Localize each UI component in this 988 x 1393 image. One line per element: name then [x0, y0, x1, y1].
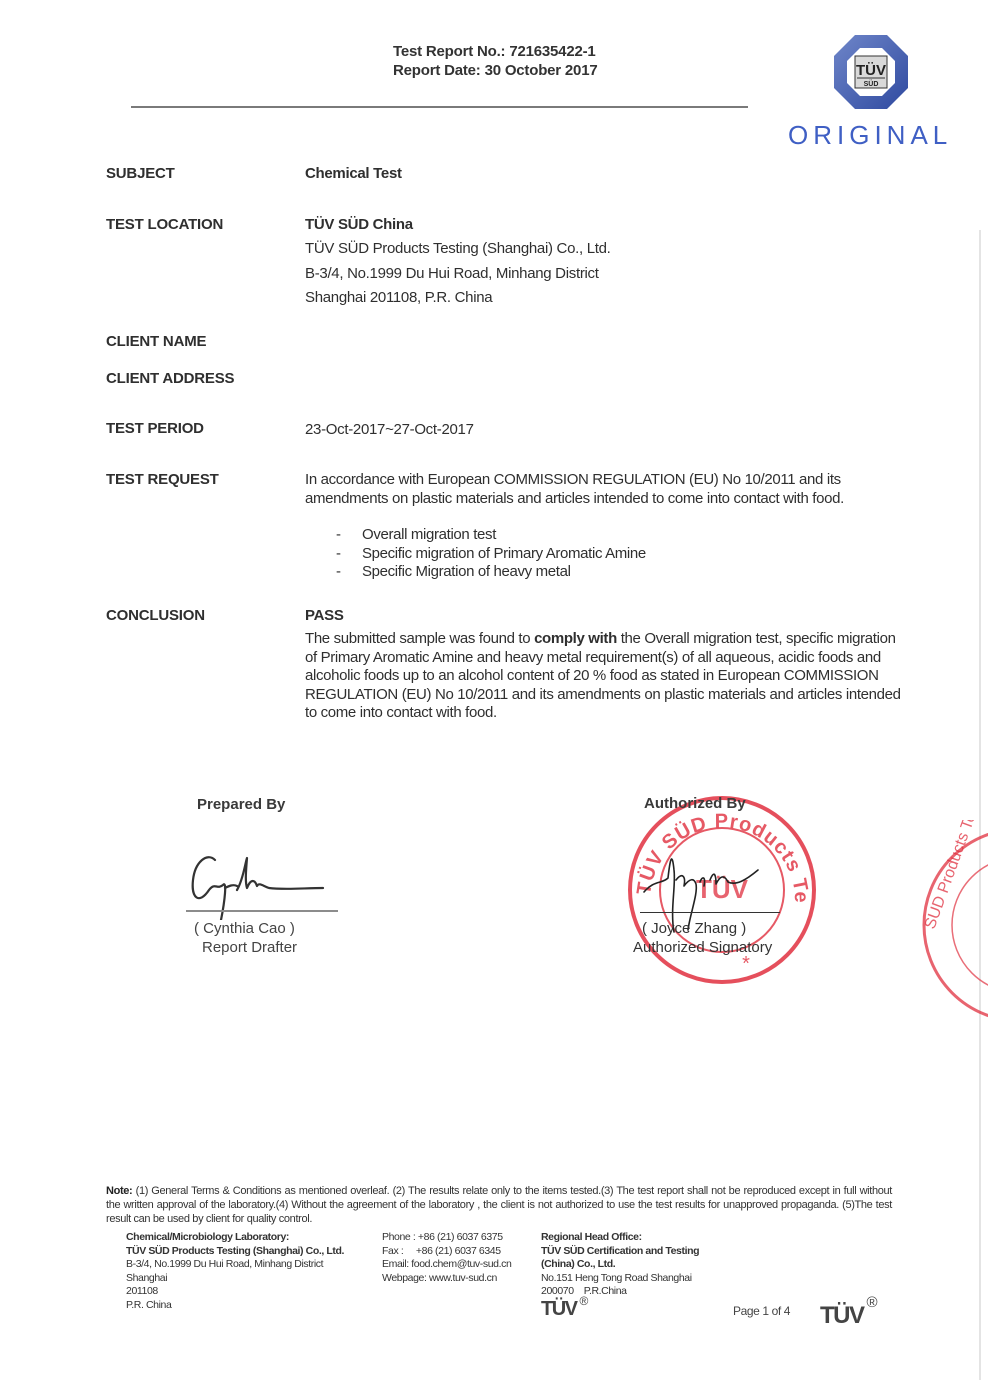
subject-value: Chemical Test [305, 165, 402, 182]
test-request-label: TEST REQUEST [106, 471, 219, 488]
original-stamp: ORIGINAL [788, 120, 952, 151]
lab-address: Chemical/Microbiology Laboratory: TÜV SÜ… [126, 1231, 344, 1313]
tuv-mark-small: TÜV® [541, 1298, 588, 1321]
test-request-list: -Overall migration test -Specific migrat… [336, 526, 646, 582]
authorized-by-name: ( Joyce Zhang ) [642, 920, 746, 937]
tuv-sud-logo-icon: TÜV SÜD [833, 34, 909, 110]
page-edge [979, 230, 981, 1380]
list-item: -Specific migration of Primary Aromatic … [336, 545, 646, 564]
test-location-address: B-3/4, No.1999 Du Hui Road, Minhang Dist… [305, 265, 599, 282]
svg-text:TÜV: TÜV [856, 62, 886, 79]
test-period-label: TEST PERIOD [106, 420, 204, 437]
subject-label: SUBJECT [106, 165, 175, 182]
list-item: -Overall migration test [336, 526, 646, 545]
tuv-mark-large: TÜV® [820, 1302, 878, 1330]
test-period-value: 23-Oct-2017~27-Oct-2017 [305, 421, 474, 438]
prepared-by-title: Prepared By [197, 796, 285, 813]
prepared-by-role: Report Drafter [202, 939, 297, 956]
list-item: -Specific Migration of heavy metal [336, 563, 646, 582]
client-address-label: CLIENT ADDRESS [106, 370, 234, 387]
header-divider [131, 106, 748, 108]
conclusion-label: CONCLUSION [106, 607, 205, 624]
lab-contact: Phone : +86 (21) 6037 6375 Fax : +86 (21… [382, 1231, 511, 1285]
prepared-by-name: ( Cynthia Cao ) [194, 920, 295, 937]
test-location-label: TEST LOCATION [106, 216, 223, 233]
webpage-link[interactable]: Webpage: www.tuv-sud.cn [382, 1272, 511, 1286]
test-location-city: Shanghai 201108, P.R. China [305, 289, 492, 306]
test-location-company: TÜV SÜD Products Testing (Shanghai) Co.,… [305, 240, 611, 257]
conclusion-text: The submitted sample was found to comply… [305, 630, 905, 723]
authorized-by-title: Authorized By [644, 795, 746, 812]
conclusion-result: PASS [305, 607, 344, 624]
page-number: Page 1 of 4 [733, 1304, 790, 1318]
head-office-address: Regional Head Office: TÜV SÜD Certificat… [541, 1231, 699, 1299]
test-location-name: TÜV SÜD China [305, 216, 413, 233]
authorized-by-role: Authorized Signatory [633, 939, 772, 956]
fax: Fax : +86 (21) 6037 6345 [382, 1245, 511, 1259]
email-link[interactable]: Email: food.chem@tuv-sud.cn [382, 1258, 511, 1272]
client-name-label: CLIENT NAME [106, 333, 206, 350]
footer-note: Note: (1) General Terms & Conditions as … [106, 1184, 892, 1226]
signature-line [186, 910, 338, 912]
report-date: Report Date: 30 October 2017 [393, 62, 597, 79]
svg-text:SÜD: SÜD [864, 79, 879, 88]
svg-text:*: * [742, 953, 750, 975]
report-number: Test Report No.: 721635422-1 [393, 43, 596, 60]
partial-seal-icon: SUD Products Tes [920, 820, 988, 1030]
test-request-text: In accordance with European COMMISSION R… [305, 471, 905, 508]
signature-line [640, 912, 780, 913]
phone: Phone : +86 (21) 6037 6375 [382, 1231, 511, 1245]
